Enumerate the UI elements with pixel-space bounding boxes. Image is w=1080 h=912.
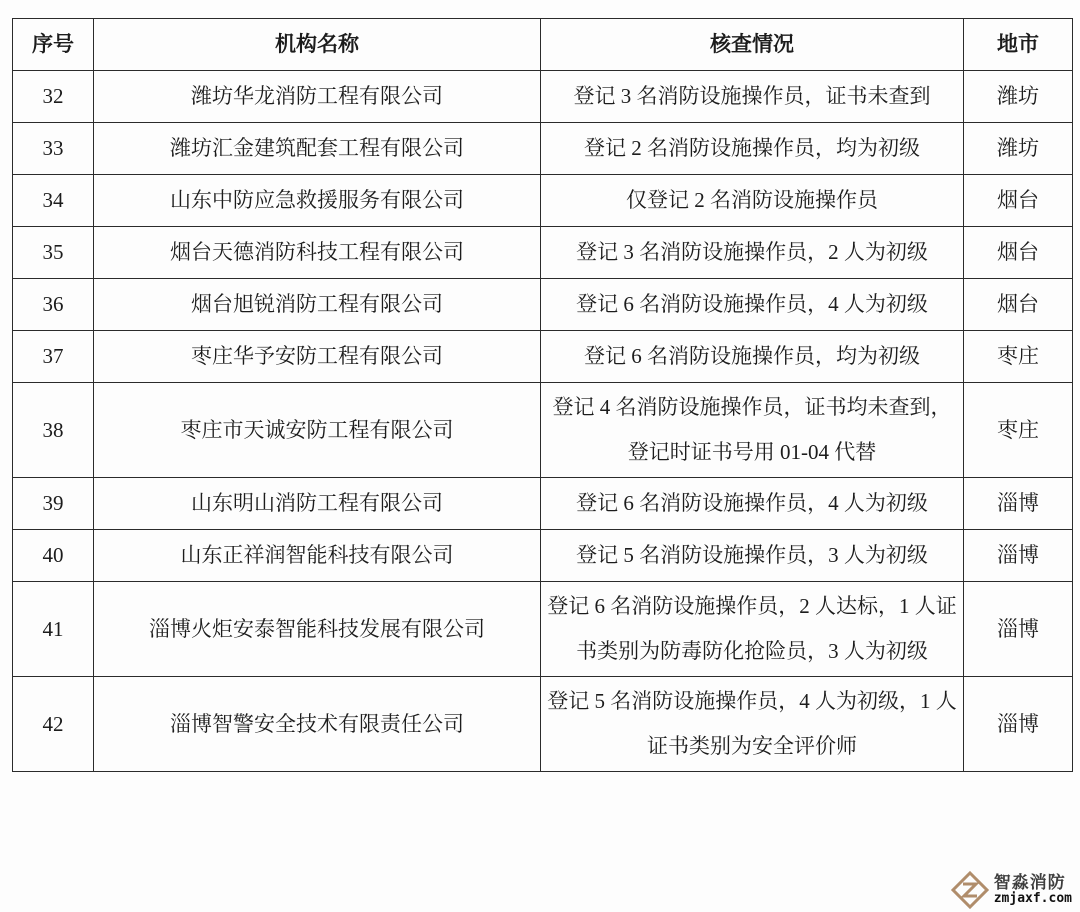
row-number-cell: 35 bbox=[13, 227, 94, 279]
inspection-table: 序号 机构名称 核查情况 地市 32潍坊华龙消防工程有限公司登记 3 名消防设施… bbox=[12, 18, 1073, 772]
inspection-result-cell: 登记 2 名消防设施操作员，均为初级 bbox=[541, 123, 964, 175]
org-name-cell: 淄博火炬安泰智能科技发展有限公司 bbox=[94, 582, 541, 677]
city-cell: 枣庄 bbox=[964, 331, 1073, 383]
row-number-cell: 42 bbox=[13, 677, 94, 772]
table-row: 36烟台旭锐消防工程有限公司登记 6 名消防设施操作员，4 人为初级烟台 bbox=[13, 279, 1073, 331]
inspection-result-cell: 登记 6 名消防设施操作员，4 人为初级 bbox=[541, 478, 964, 530]
inspection-result-cell: 登记 6 名消防设施操作员，4 人为初级 bbox=[541, 279, 964, 331]
city-cell: 烟台 bbox=[964, 279, 1073, 331]
col-header-index: 序号 bbox=[13, 19, 94, 71]
table-row: 34山东中防应急救援服务有限公司仅登记 2 名消防设施操作员烟台 bbox=[13, 175, 1073, 227]
row-number-cell: 40 bbox=[13, 530, 94, 582]
row-number-cell: 37 bbox=[13, 331, 94, 383]
watermark-brand: 智淼消防 bbox=[994, 874, 1066, 893]
row-number-cell: 32 bbox=[13, 71, 94, 123]
org-name-cell: 枣庄华予安防工程有限公司 bbox=[94, 331, 541, 383]
table-row: 42淄博智警安全技术有限责任公司登记 5 名消防设施操作员，4 人为初级，1 人… bbox=[13, 677, 1073, 772]
col-header-inspection: 核查情况 bbox=[541, 19, 964, 71]
watermark-text: 智淼消防 zmjaxf.com bbox=[994, 874, 1072, 907]
zm-diamond-logo-icon bbox=[950, 870, 990, 910]
org-name-cell: 山东正祥润智能科技有限公司 bbox=[94, 530, 541, 582]
inspection-result-cell: 登记 4 名消防设施操作员，证书均未查到，登记时证书号用 01-04 代替 bbox=[541, 383, 964, 478]
table-row: 40山东正祥润智能科技有限公司登记 5 名消防设施操作员，3 人为初级淄博 bbox=[13, 530, 1073, 582]
row-number-cell: 34 bbox=[13, 175, 94, 227]
org-name-cell: 潍坊华龙消防工程有限公司 bbox=[94, 71, 541, 123]
table-row: 38枣庄市天诚安防工程有限公司登记 4 名消防设施操作员，证书均未查到，登记时证… bbox=[13, 383, 1073, 478]
city-cell: 烟台 bbox=[964, 227, 1073, 279]
inspection-result-cell: 登记 6 名消防设施操作员，2 人达标，1 人证书类别为防毒防化抢险员，3 人为… bbox=[541, 582, 964, 677]
table-row: 35烟台天德消防科技工程有限公司登记 3 名消防设施操作员，2 人为初级烟台 bbox=[13, 227, 1073, 279]
city-cell: 潍坊 bbox=[964, 71, 1073, 123]
inspection-result-cell: 登记 3 名消防设施操作员，2 人为初级 bbox=[541, 227, 964, 279]
row-number-cell: 36 bbox=[13, 279, 94, 331]
table-row: 33潍坊汇金建筑配套工程有限公司登记 2 名消防设施操作员，均为初级潍坊 bbox=[13, 123, 1073, 175]
watermark-site: zmjaxf.com bbox=[994, 892, 1072, 906]
city-cell: 潍坊 bbox=[964, 123, 1073, 175]
row-number-cell: 41 bbox=[13, 582, 94, 677]
document-page: 序号 机构名称 核查情况 地市 32潍坊华龙消防工程有限公司登记 3 名消防设施… bbox=[0, 0, 1080, 912]
table-row: 32潍坊华龙消防工程有限公司登记 3 名消防设施操作员，证书未查到潍坊 bbox=[13, 71, 1073, 123]
inspection-result-cell: 登记 3 名消防设施操作员，证书未查到 bbox=[541, 71, 964, 123]
row-number-cell: 39 bbox=[13, 478, 94, 530]
header-row: 序号 机构名称 核查情况 地市 bbox=[13, 19, 1073, 71]
inspection-result-cell: 仅登记 2 名消防设施操作员 bbox=[541, 175, 964, 227]
table-row: 41淄博火炬安泰智能科技发展有限公司登记 6 名消防设施操作员，2 人达标，1 … bbox=[13, 582, 1073, 677]
city-cell: 淄博 bbox=[964, 478, 1073, 530]
city-cell: 烟台 bbox=[964, 175, 1073, 227]
org-name-cell: 烟台旭锐消防工程有限公司 bbox=[94, 279, 541, 331]
col-header-city: 地市 bbox=[964, 19, 1073, 71]
org-name-cell: 潍坊汇金建筑配套工程有限公司 bbox=[94, 123, 541, 175]
row-number-cell: 38 bbox=[13, 383, 94, 478]
row-number-cell: 33 bbox=[13, 123, 94, 175]
inspection-result-cell: 登记 5 名消防设施操作员，3 人为初级 bbox=[541, 530, 964, 582]
table-row: 39山东明山消防工程有限公司登记 6 名消防设施操作员，4 人为初级淄博 bbox=[13, 478, 1073, 530]
org-name-cell: 山东中防应急救援服务有限公司 bbox=[94, 175, 541, 227]
org-name-cell: 枣庄市天诚安防工程有限公司 bbox=[94, 383, 541, 478]
inspection-result-cell: 登记 5 名消防设施操作员，4 人为初级，1 人证书类别为安全评价师 bbox=[541, 677, 964, 772]
watermark: 智淼消防 zmjaxf.com bbox=[950, 870, 1072, 910]
org-name-cell: 淄博智警安全技术有限责任公司 bbox=[94, 677, 541, 772]
table-row: 37枣庄华予安防工程有限公司登记 6 名消防设施操作员，均为初级枣庄 bbox=[13, 331, 1073, 383]
col-header-org-name: 机构名称 bbox=[94, 19, 541, 71]
city-cell: 淄博 bbox=[964, 677, 1073, 772]
org-name-cell: 烟台天德消防科技工程有限公司 bbox=[94, 227, 541, 279]
city-cell: 淄博 bbox=[964, 582, 1073, 677]
org-name-cell: 山东明山消防工程有限公司 bbox=[94, 478, 541, 530]
inspection-result-cell: 登记 6 名消防设施操作员，均为初级 bbox=[541, 331, 964, 383]
city-cell: 淄博 bbox=[964, 530, 1073, 582]
city-cell: 枣庄 bbox=[964, 383, 1073, 478]
